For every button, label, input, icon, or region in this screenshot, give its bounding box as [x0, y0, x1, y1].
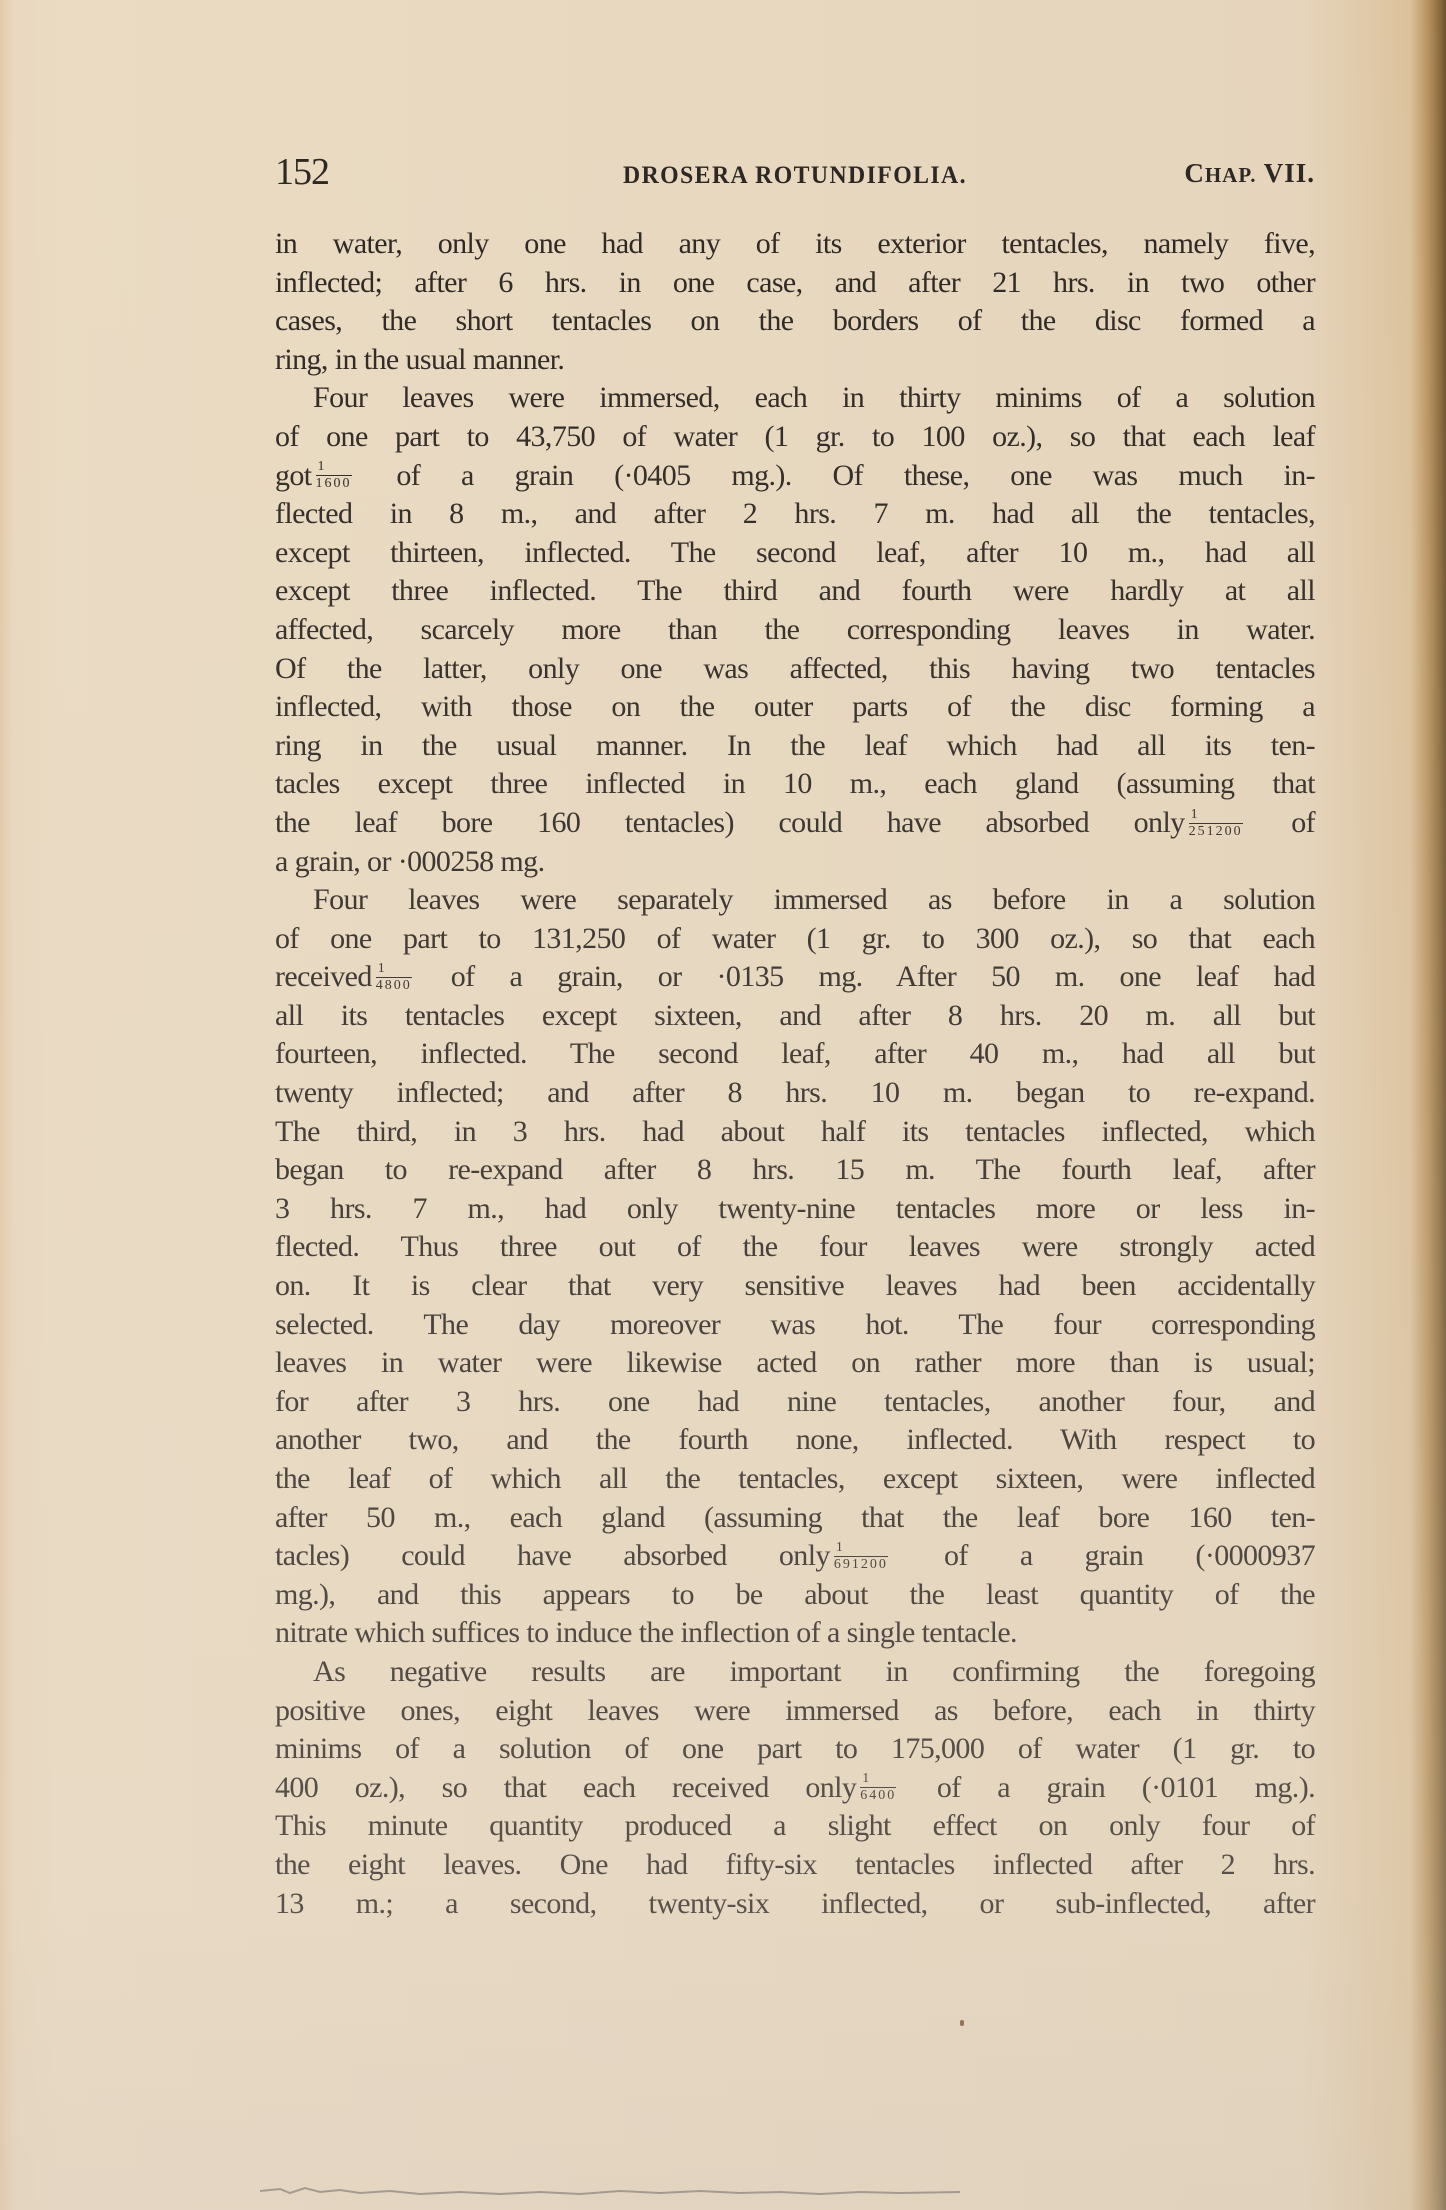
- text-line: The third, in 3 hrs. had about half its …: [275, 1113, 1315, 1152]
- line-text: This minute quantity produced a slight e…: [275, 1809, 1315, 1842]
- text-line: selected. The day moreover was hot. The …: [275, 1306, 1315, 1345]
- line-text: of one part to 131,250 of water (1 gr. t…: [275, 922, 1315, 955]
- text-line: Of the latter, only one was affected, th…: [275, 650, 1315, 689]
- text-line: ring, in the usual manner.: [275, 341, 1315, 380]
- text-line: Four leaves were separately immersed as …: [275, 881, 1315, 920]
- text-line: twenty inflected; and after 8 hrs. 10 m.…: [275, 1074, 1315, 1113]
- line-text: of a grain (·0000937: [892, 1539, 1315, 1572]
- chapter-prefix: C: [1184, 158, 1205, 188]
- fraction: 1251200: [1189, 808, 1243, 839]
- text-line: the eight leaves. One had fifty-six tent…: [275, 1846, 1315, 1885]
- book-page: 152 DROSERA ROTUNDIFOLIA. CHAP. VII. in …: [0, 0, 1446, 2210]
- line-text: As negative results are important in con…: [313, 1655, 1315, 1688]
- text-line: flected. Thus three out of the four leav…: [275, 1228, 1315, 1267]
- line-text: Of the latter, only one was affected, th…: [275, 652, 1315, 685]
- fraction-denominator: 1600: [316, 476, 352, 491]
- line-text: on. It is clear that very sensitive leav…: [275, 1269, 1315, 1302]
- line-text: got: [275, 459, 312, 492]
- text-line: except three inflected. The third and fo…: [275, 572, 1315, 611]
- line-text: another two, and the fourth none, inflec…: [275, 1423, 1315, 1456]
- text-line: of one part to 43,750 of water (1 gr. to…: [275, 418, 1315, 457]
- text-line: another two, and the fourth none, inflec…: [275, 1421, 1315, 1460]
- fraction-denominator: 251200: [1189, 824, 1243, 839]
- line-text: affected, scarcely more than the corresp…: [275, 613, 1315, 646]
- text-line: the leaf bore 160 tentacles) could have …: [275, 804, 1315, 843]
- text-line: tacles except three inflected in 10 m., …: [275, 765, 1315, 804]
- line-text: of a grain, or ·0135 mg. After 50 m. one…: [416, 960, 1315, 993]
- text-line: 3 hrs. 7 m., had only twenty-nine tentac…: [275, 1190, 1315, 1229]
- text-line: flected in 8 m., and after 2 hrs. 7 m. h…: [275, 495, 1315, 534]
- line-text: in water, only one had any of its exteri…: [275, 227, 1315, 260]
- line-text: minims of a solution of one part to 175,…: [275, 1732, 1315, 1765]
- text-line: ring in the usual manner. In the leaf wh…: [275, 727, 1315, 766]
- line-text: fourteen, inflected. The second leaf, af…: [275, 1037, 1315, 1070]
- chapter-smallcaps: HAP.: [1205, 163, 1257, 187]
- text-line: affected, scarcely more than the corresp…: [275, 611, 1315, 650]
- line-text: after 50 m., each gland (assuming that t…: [275, 1501, 1315, 1534]
- line-text: all its tentacles except sixteen, and af…: [275, 999, 1315, 1032]
- fraction-numerator: 1: [860, 1772, 896, 1788]
- line-text: selected. The day moreover was hot. The …: [275, 1308, 1315, 1341]
- fraction-denominator: 6400: [860, 1788, 896, 1803]
- text-line: inflected; after 6 hrs. in one case, and…: [275, 264, 1315, 303]
- line-text: received: [275, 960, 372, 993]
- text-line: 400 oz.), so that each received only1640…: [275, 1769, 1315, 1808]
- text-line: This minute quantity produced a slight e…: [275, 1807, 1315, 1846]
- line-text: began to re-expand after 8 hrs. 15 m. Th…: [275, 1153, 1315, 1186]
- fraction: 16400: [860, 1772, 896, 1803]
- text-line: leaves in water were likewise acted on r…: [275, 1344, 1315, 1383]
- fraction-numerator: 1: [376, 962, 412, 978]
- fraction-numerator: 1: [834, 1541, 888, 1557]
- fraction-denominator: 691200: [834, 1557, 888, 1572]
- line-text: inflected, with those on the outer parts…: [275, 690, 1315, 723]
- line-text: ring in the usual manner. In the leaf wh…: [275, 729, 1315, 762]
- fraction: 11600: [316, 460, 352, 491]
- line-text: a grain, or ·000258 mg.: [275, 845, 544, 878]
- text-line: As negative results are important in con…: [275, 1653, 1315, 1692]
- line-text: inflected; after 6 hrs. in one case, and…: [275, 266, 1315, 299]
- text-line: tacles) could have absorbed only1691200 …: [275, 1537, 1315, 1576]
- text-line: began to re-expand after 8 hrs. 15 m. Th…: [275, 1151, 1315, 1190]
- fraction: 14800: [376, 962, 412, 993]
- text-line: a grain, or ·000258 mg.: [275, 843, 1315, 882]
- line-text: flected in 8 m., and after 2 hrs. 7 m. h…: [275, 497, 1315, 530]
- chapter-number: VII.: [1264, 158, 1315, 188]
- line-text: flected. Thus three out of the four leav…: [275, 1230, 1315, 1263]
- line-text: of: [1247, 806, 1315, 839]
- fraction-denominator: 4800: [376, 978, 412, 993]
- text-line: minims of a solution of one part to 175,…: [275, 1730, 1315, 1769]
- line-text: Four leaves were separately immersed as …: [313, 883, 1315, 916]
- pencil-mark: [260, 2185, 960, 2197]
- line-text: nitrate which suffices to induce the inf…: [275, 1616, 1017, 1649]
- text-line: fourteen, inflected. The second leaf, af…: [275, 1035, 1315, 1074]
- running-header: 152 DROSERA ROTUNDIFOLIA. CHAP. VII.: [275, 150, 1315, 200]
- line-text: except three inflected. The third and fo…: [275, 574, 1315, 607]
- line-text: The third, in 3 hrs. had about half its …: [275, 1115, 1315, 1148]
- line-text: the leaf bore 160 tentacles) could have …: [275, 806, 1185, 839]
- text-line: mg.), and this appears to be about the l…: [275, 1576, 1315, 1615]
- line-text: except thirteen, inflected. The second l…: [275, 536, 1315, 569]
- line-text: of a grain (·0405 mg.). Of these, one wa…: [356, 459, 1315, 492]
- line-text: twenty inflected; and after 8 hrs. 10 m.…: [275, 1076, 1315, 1109]
- line-text: the eight leaves. One had fifty-six tent…: [275, 1848, 1315, 1881]
- text-line: except thirteen, inflected. The second l…: [275, 534, 1315, 573]
- line-text: positive ones, eight leaves were immerse…: [275, 1694, 1315, 1727]
- fraction-numerator: 1: [316, 460, 352, 476]
- text-line: positive ones, eight leaves were immerse…: [275, 1692, 1315, 1731]
- text-line: nitrate which suffices to induce the inf…: [275, 1614, 1315, 1653]
- text-line: the leaf of which all the tentacles, exc…: [275, 1460, 1315, 1499]
- text-line: all its tentacles except sixteen, and af…: [275, 997, 1315, 1036]
- line-text: leaves in water were likewise acted on r…: [275, 1346, 1315, 1379]
- line-text: tacles except three inflected in 10 m., …: [275, 767, 1315, 800]
- line-text: of a grain (·0101 mg.).: [900, 1771, 1315, 1804]
- line-text: for after 3 hrs. one had nine tentacles,…: [275, 1385, 1315, 1418]
- text-line: got11600 of a grain (·0405 mg.). Of thes…: [275, 457, 1315, 496]
- body-text: in water, only one had any of its exteri…: [275, 225, 1315, 1923]
- line-text: 400 oz.), so that each received only: [275, 1771, 856, 1804]
- line-text: the leaf of which all the tentacles, exc…: [275, 1462, 1315, 1495]
- text-line: 13 m.; a second, twenty-six inflected, o…: [275, 1885, 1315, 1924]
- line-text: cases, the short tentacles on the border…: [275, 304, 1315, 337]
- running-title: DROSERA ROTUNDIFOLIA.: [301, 162, 1289, 190]
- text-line: cases, the short tentacles on the border…: [275, 302, 1315, 341]
- text-line: inflected, with those on the outer parts…: [275, 688, 1315, 727]
- text-line: after 50 m., each gland (assuming that t…: [275, 1499, 1315, 1538]
- text-line: of one part to 131,250 of water (1 gr. t…: [275, 920, 1315, 959]
- text-line: Four leaves were immersed, each in thirt…: [275, 379, 1315, 418]
- chapter-label: CHAP. VII.: [1184, 158, 1315, 189]
- text-line: received14800 of a grain, or ·0135 mg. A…: [275, 958, 1315, 997]
- fraction-numerator: 1: [1189, 808, 1243, 824]
- line-text: mg.), and this appears to be about the l…: [275, 1578, 1315, 1611]
- paper-speck: [960, 2020, 964, 2026]
- text-line: for after 3 hrs. one had nine tentacles,…: [275, 1383, 1315, 1422]
- line-text: 13 m.; a second, twenty-six inflected, o…: [275, 1887, 1315, 1920]
- line-text: of one part to 43,750 of water (1 gr. to…: [275, 420, 1315, 453]
- line-text: Four leaves were immersed, each in thirt…: [313, 381, 1315, 414]
- line-text: tacles) could have absorbed only: [275, 1539, 830, 1572]
- line-text: 3 hrs. 7 m., had only twenty-nine tentac…: [275, 1192, 1315, 1225]
- fraction: 1691200: [834, 1541, 888, 1572]
- text-line: on. It is clear that very sensitive leav…: [275, 1267, 1315, 1306]
- line-text: ring, in the usual manner.: [275, 343, 564, 376]
- text-line: in water, only one had any of its exteri…: [275, 225, 1315, 264]
